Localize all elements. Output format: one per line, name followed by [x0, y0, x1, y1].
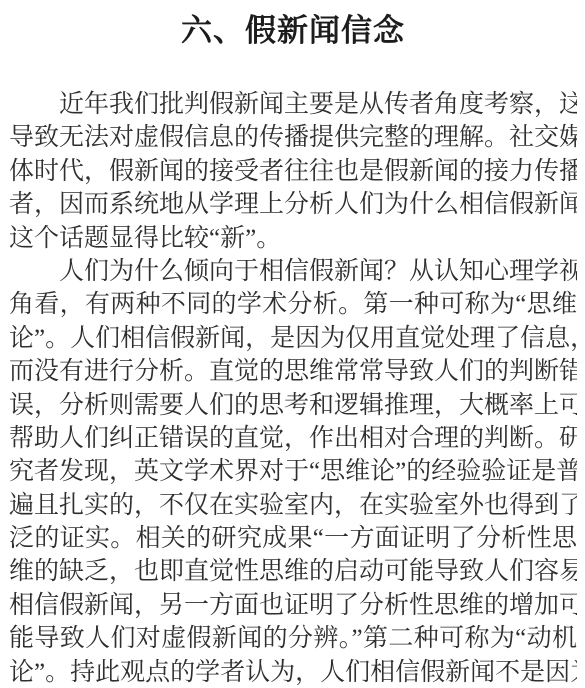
text-line: 角看，有两种不同的学术分析。第一种可称为“思维: [9, 288, 577, 321]
text-line: 这个话题显得比较“新”。: [9, 222, 577, 255]
text-line: 究者发现，英文学术界对于“思维论”的经验验证是普: [9, 455, 577, 488]
text-line: 遍且扎实的，不仅在实验室内，在实验室外也得到了广: [9, 489, 577, 522]
paragraph: 人们为什么倾向于相信假新闻？从认知心理学视角看，有两种不同的学术分析。第一种可称…: [9, 255, 577, 688]
text-line: 帮助人们纠正错误的直觉，作出相对合理的判断。研: [9, 422, 577, 455]
text-line: 泛的证实。相关的研究成果“一方面证明了分析性思: [9, 522, 577, 555]
text-line: 体时代，假新闻的接受者往往也是假新闻的接力传播: [9, 155, 577, 188]
text-line: 论”。持此观点的学者认为，人们相信假新闻不是因为: [9, 656, 577, 688]
text-line: 维的缺乏，也即直觉性思维的启动可能导致人们容易: [9, 555, 577, 588]
text-line: 而没有进行分析。直觉的思维常常导致人们的判断错: [9, 355, 577, 388]
document-page: 六、假新闻信念 近年我们批判假新闻主要是从传者角度考察，这导致无法对虚假信息的传…: [0, 0, 585, 688]
paragraph: 近年我们批判假新闻主要是从传者角度考察，这导致无法对虚假信息的传播提供完整的理解…: [9, 88, 577, 255]
document-body: 近年我们批判假新闻主要是从传者角度考察，这导致无法对虚假信息的传播提供完整的理解…: [9, 88, 577, 688]
text-line: 误，分析则需要人们的思考和逻辑推理，大概率上可以: [9, 389, 577, 422]
text-line: 论”。人们相信假新闻，是因为仅用直觉处理了信息，: [9, 322, 577, 355]
text-line: 能导致人们对虚假新闻的分辨。”第二种可称为“动机: [9, 622, 577, 655]
text-line: 人们为什么倾向于相信假新闻？从认知心理学视: [9, 255, 577, 288]
page-title: 六、假新闻信念: [9, 0, 577, 48]
text-line: 近年我们批判假新闻主要是从传者角度考察，这: [9, 88, 577, 121]
text-line: 导致无法对虚假信息的传播提供完整的理解。社交媒: [9, 121, 577, 154]
text-line: 相信假新闻，另一方面也证明了分析性思维的增加可: [9, 589, 577, 622]
text-line: 者，因而系统地从学理上分析人们为什么相信假新闻，: [9, 188, 577, 221]
